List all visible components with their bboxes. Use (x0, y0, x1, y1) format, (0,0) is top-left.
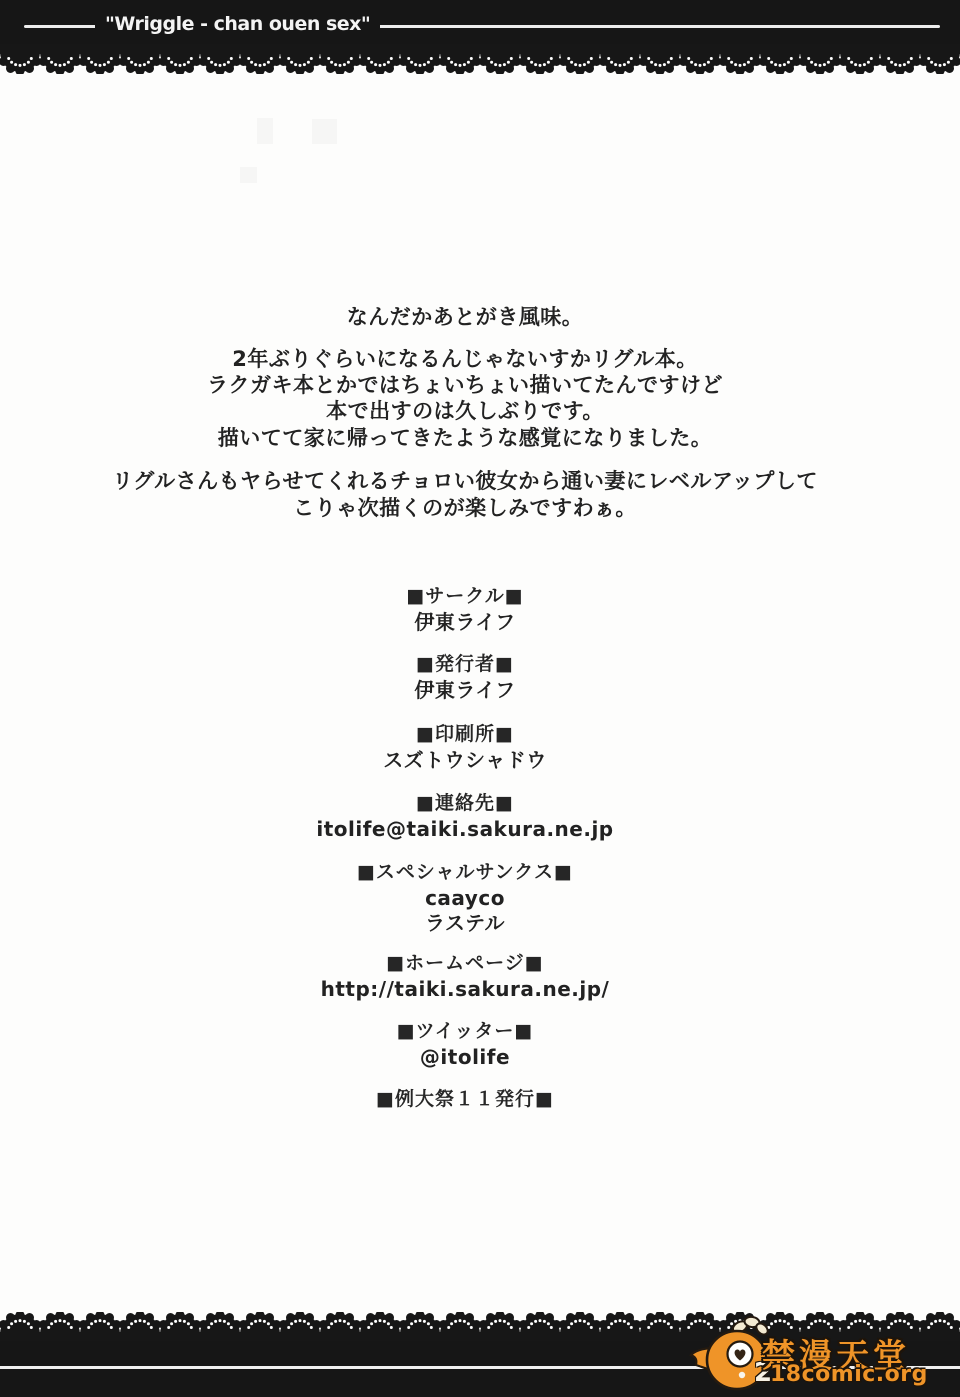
credit-heading: ■ツイッター■ (0, 1016, 930, 1043)
credit-value-url: http://taiki.sakura.ne.jp/ (0, 979, 930, 1000)
credit-value: caayco (0, 888, 930, 909)
credit-value-email: itolife@taiki.sakura.ne.jp (0, 819, 930, 840)
credit-section-contact: ■連絡先■ itolife@taiki.sakura.ne.jp (0, 788, 930, 840)
credit-value: 伊東ライフ (0, 680, 930, 701)
credit-section-twitter: ■ツイッター■ @itolife (0, 1016, 930, 1068)
credit-heading: ■連絡先■ (0, 788, 930, 815)
afterword-line: 本で出すのは久しぶりです。 (0, 395, 930, 425)
credit-section-publisher: ■発行者■ 伊東ライフ (0, 649, 930, 701)
watermark: 2 禁漫天堂 18comic.org (688, 1314, 938, 1397)
credit-heading: ■発行者■ (0, 649, 930, 676)
credit-section-circle: ■サークル■ 伊東ライフ (0, 581, 930, 633)
credit-section-printer: ■印刷所■ スズトウシャドウ (0, 719, 930, 771)
credit-heading: ■ホームページ■ (0, 948, 930, 975)
credit-section-event: ■例大祭１１発行■ (0, 1084, 930, 1111)
credit-section-homepage: ■ホームページ■ http://taiki.sakura.ne.jp/ (0, 948, 930, 1000)
afterword-line: リグルさんもヤらせてくれるチョロい彼女から通い妻にレベルアップして (0, 465, 930, 495)
afterword-line: 描いてて家に帰ってきたような感覚になりました。 (0, 422, 930, 452)
scan-artifact (240, 167, 257, 183)
credit-section-special-thanks: ■スペシャルサンクス■ caayco ラステル (0, 857, 930, 934)
credit-heading: ■スペシャルサンクス■ (0, 857, 930, 884)
watermark-site-url: 18comic.org (770, 1362, 928, 1387)
credit-value: スズトウシャドウ (0, 750, 930, 771)
scan-artifact (312, 119, 337, 144)
header-bar: "Wriggle - chan ouen sex" (0, 0, 960, 44)
credit-heading: ■例大祭１１発行■ (0, 1084, 930, 1111)
doujinshi-afterword-page: "Wriggle - chan ouen sex" (0, 0, 960, 1397)
credit-heading: ■サークル■ (0, 581, 930, 608)
credit-value: ラステル (0, 913, 930, 934)
scan-artifact (257, 118, 273, 144)
page-title: "Wriggle - chan ouen sex" (95, 13, 380, 35)
credit-value-handle: @itolife (0, 1047, 930, 1068)
lace-border-top (0, 44, 960, 74)
afterword-line: なんだかあとがき風味。 (0, 301, 930, 331)
afterword-line: こりゃ次描くのが楽しみですわぁ。 (0, 492, 930, 522)
credit-heading: ■印刷所■ (0, 719, 930, 746)
credit-value: 伊東ライフ (0, 612, 930, 633)
